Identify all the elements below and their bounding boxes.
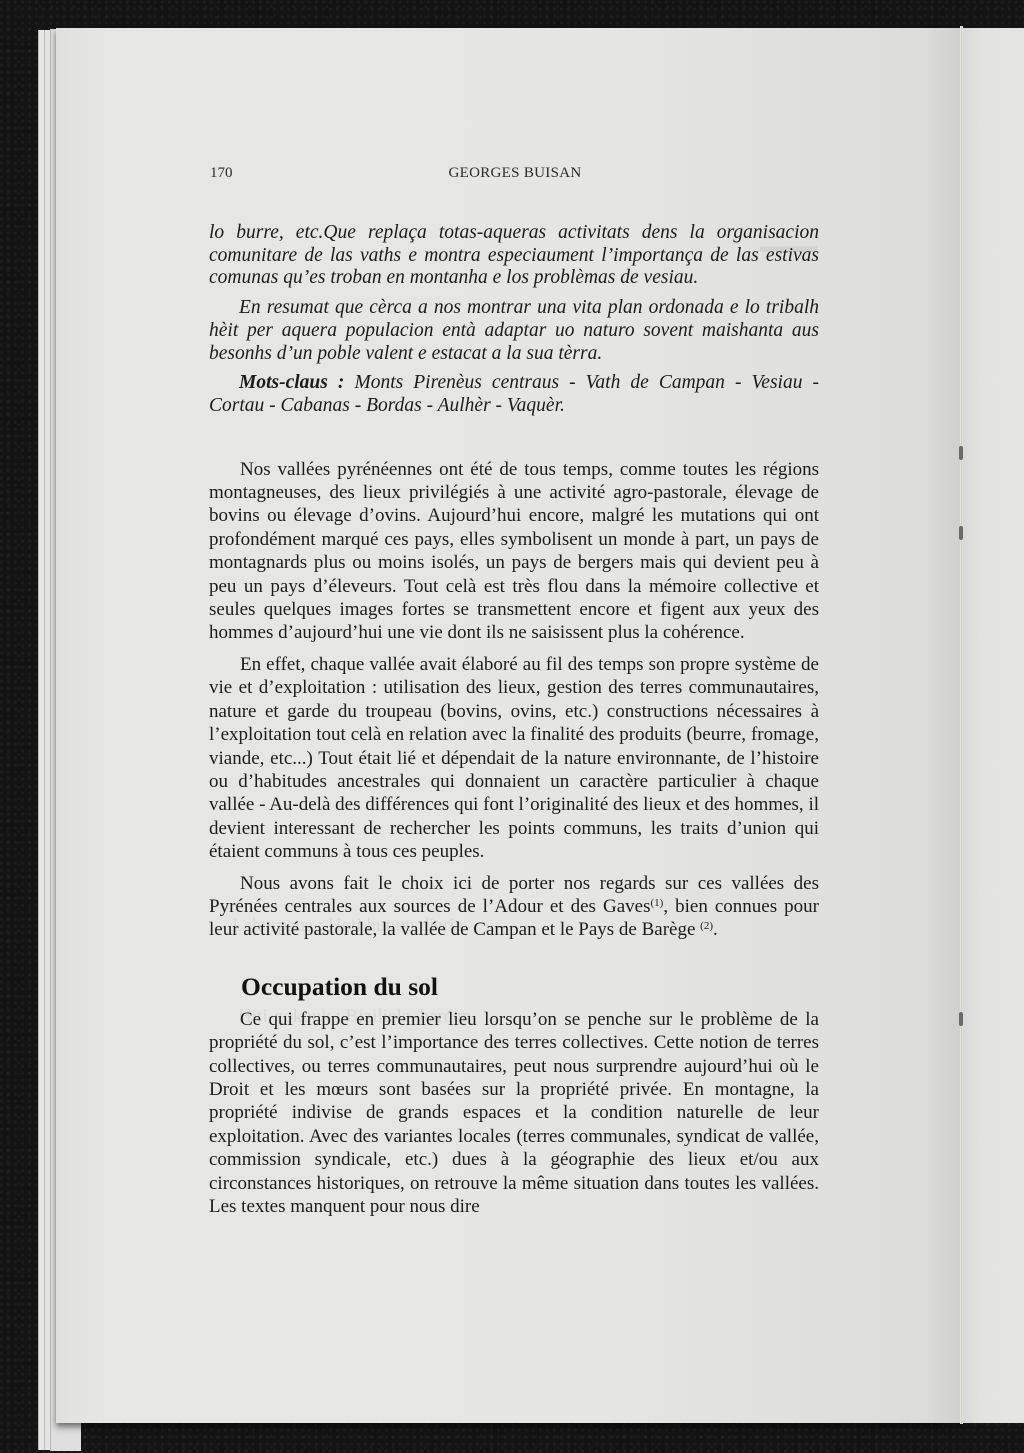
- footnote-ref-1[interactable]: (1): [650, 897, 663, 909]
- body-paragraph: Nous avons fait le choix ici de porter n…: [209, 872, 819, 942]
- body-paragraph: Nos vallées pyrénéennes ont été de tous …: [209, 458, 819, 645]
- paragraph-text: .: [713, 919, 718, 940]
- abstract-paragraph: lo burre, etc.Que replaça totas-aqueras …: [209, 222, 819, 290]
- section-heading: Occupation du sol: [241, 972, 819, 1002]
- footnote-ref-2[interactable]: (2): [700, 920, 713, 932]
- body-paragraph: Ce qui frappe en premier lieu lorsqu’on …: [209, 1008, 819, 1219]
- running-title: GEORGES BUISAN: [210, 165, 820, 182]
- keywords: Mots-claus : Monts Pirenèus centraus - V…: [209, 372, 819, 417]
- article-body: Nos vallées pyrénéennes ont été de tous …: [209, 458, 819, 942]
- binding-stitch: [959, 446, 963, 460]
- body-paragraph: En effet, chaque vallée avait élaboré au…: [209, 653, 819, 864]
- facing-page-edge: [963, 28, 1024, 1423]
- section-body: Ce qui frappe en premier lieu lorsqu’on …: [209, 1008, 819, 1219]
- occitan-abstract: lo burre, etc.Que replaça totas-aqueras …: [209, 222, 819, 418]
- binding-stitch: [959, 526, 963, 540]
- keywords-label: Mots-claus :: [239, 372, 344, 393]
- book-gutter: [960, 26, 963, 1424]
- running-header: 170 GEORGES BUISAN: [210, 165, 820, 185]
- page-content: lo burre, etc.Que replaça totas-aqueras …: [209, 222, 819, 1226]
- binding-stitch: [959, 1012, 963, 1026]
- abstract-paragraph: En resumat que cèrca a nos montrar una v…: [209, 297, 819, 365]
